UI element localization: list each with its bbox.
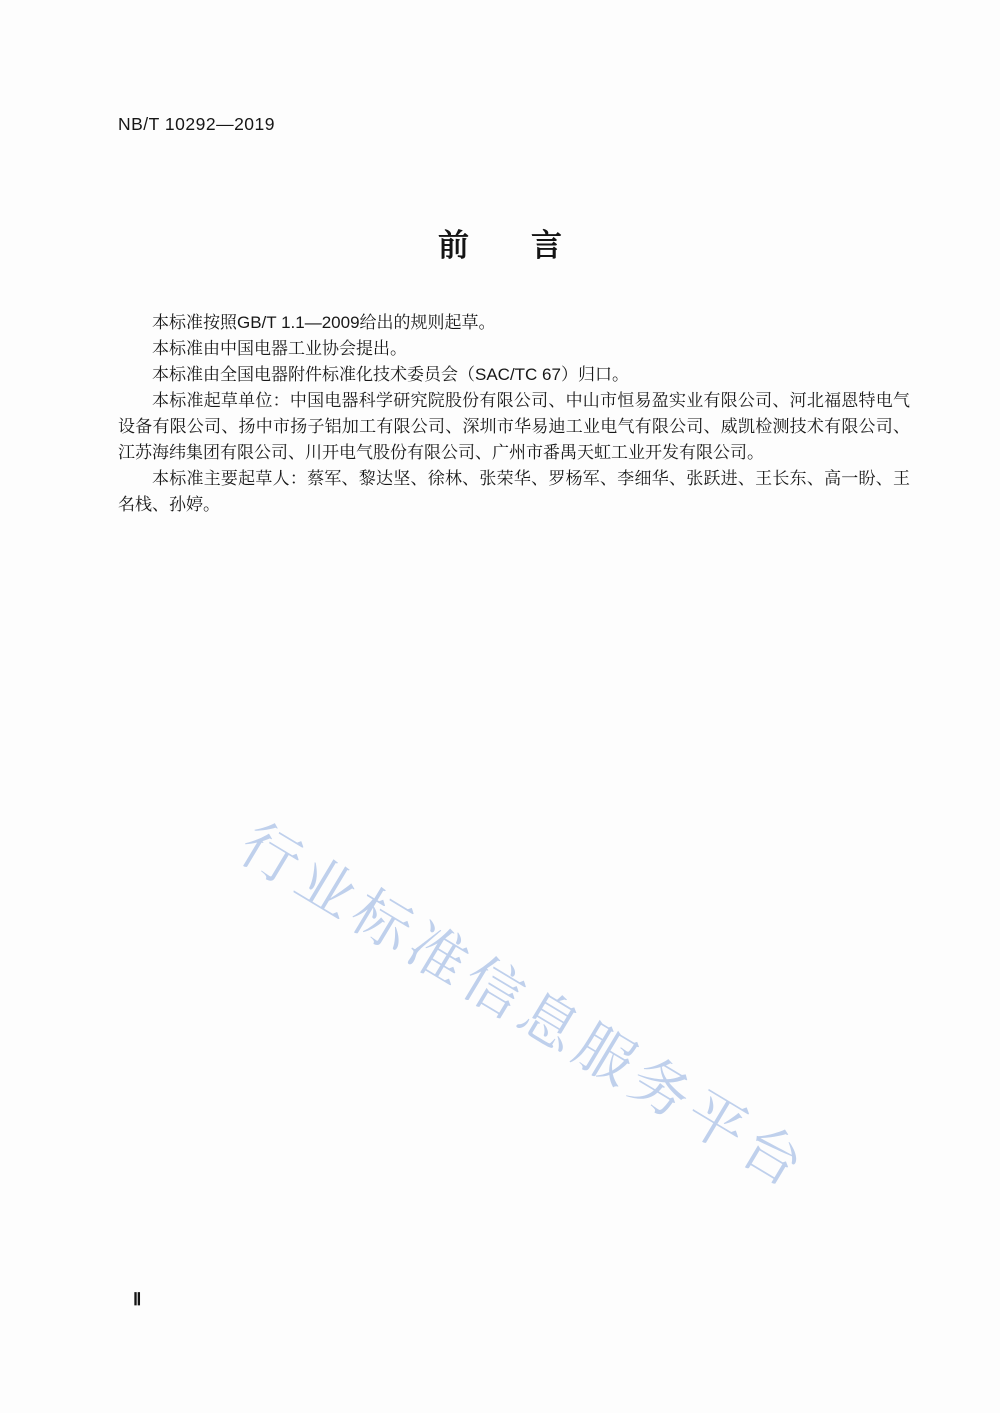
foreword-title: 前 言: [0, 220, 1000, 265]
paragraph-main-drafters: 本标准主要起草人：蔡军、黎达坚、徐林、张荣华、罗杨军、李细华、张跃进、王长东、高…: [118, 466, 910, 518]
standard-number: NB/T 10292—2019: [118, 114, 275, 135]
paragraph-drafting-organizations: 本标准起草单位：中国电器科学研究院股份有限公司、中山市恒易盈实业有限公司、河北福…: [118, 388, 910, 466]
paragraph-proposed-by: 本标准由中国电器工业协会提出。: [118, 336, 910, 362]
page-number: Ⅱ: [133, 1290, 141, 1310]
paragraph-centralized-by: 本标准由全国电器附件标准化技术委员会（SAC/TC 67）归口。: [118, 362, 910, 388]
document-page: NB/T 10292—2019 前 言 本标准按照GB/T 1.1—2009给出…: [0, 0, 1000, 1413]
diagonal-watermark: 行业标准信息服务平台: [227, 799, 827, 1206]
foreword-body: 本标准按照GB/T 1.1—2009给出的规则起草。 本标准由中国电器工业协会提…: [118, 310, 910, 518]
paragraph-drafting-rules: 本标准按照GB/T 1.1—2009给出的规则起草。: [118, 310, 910, 336]
